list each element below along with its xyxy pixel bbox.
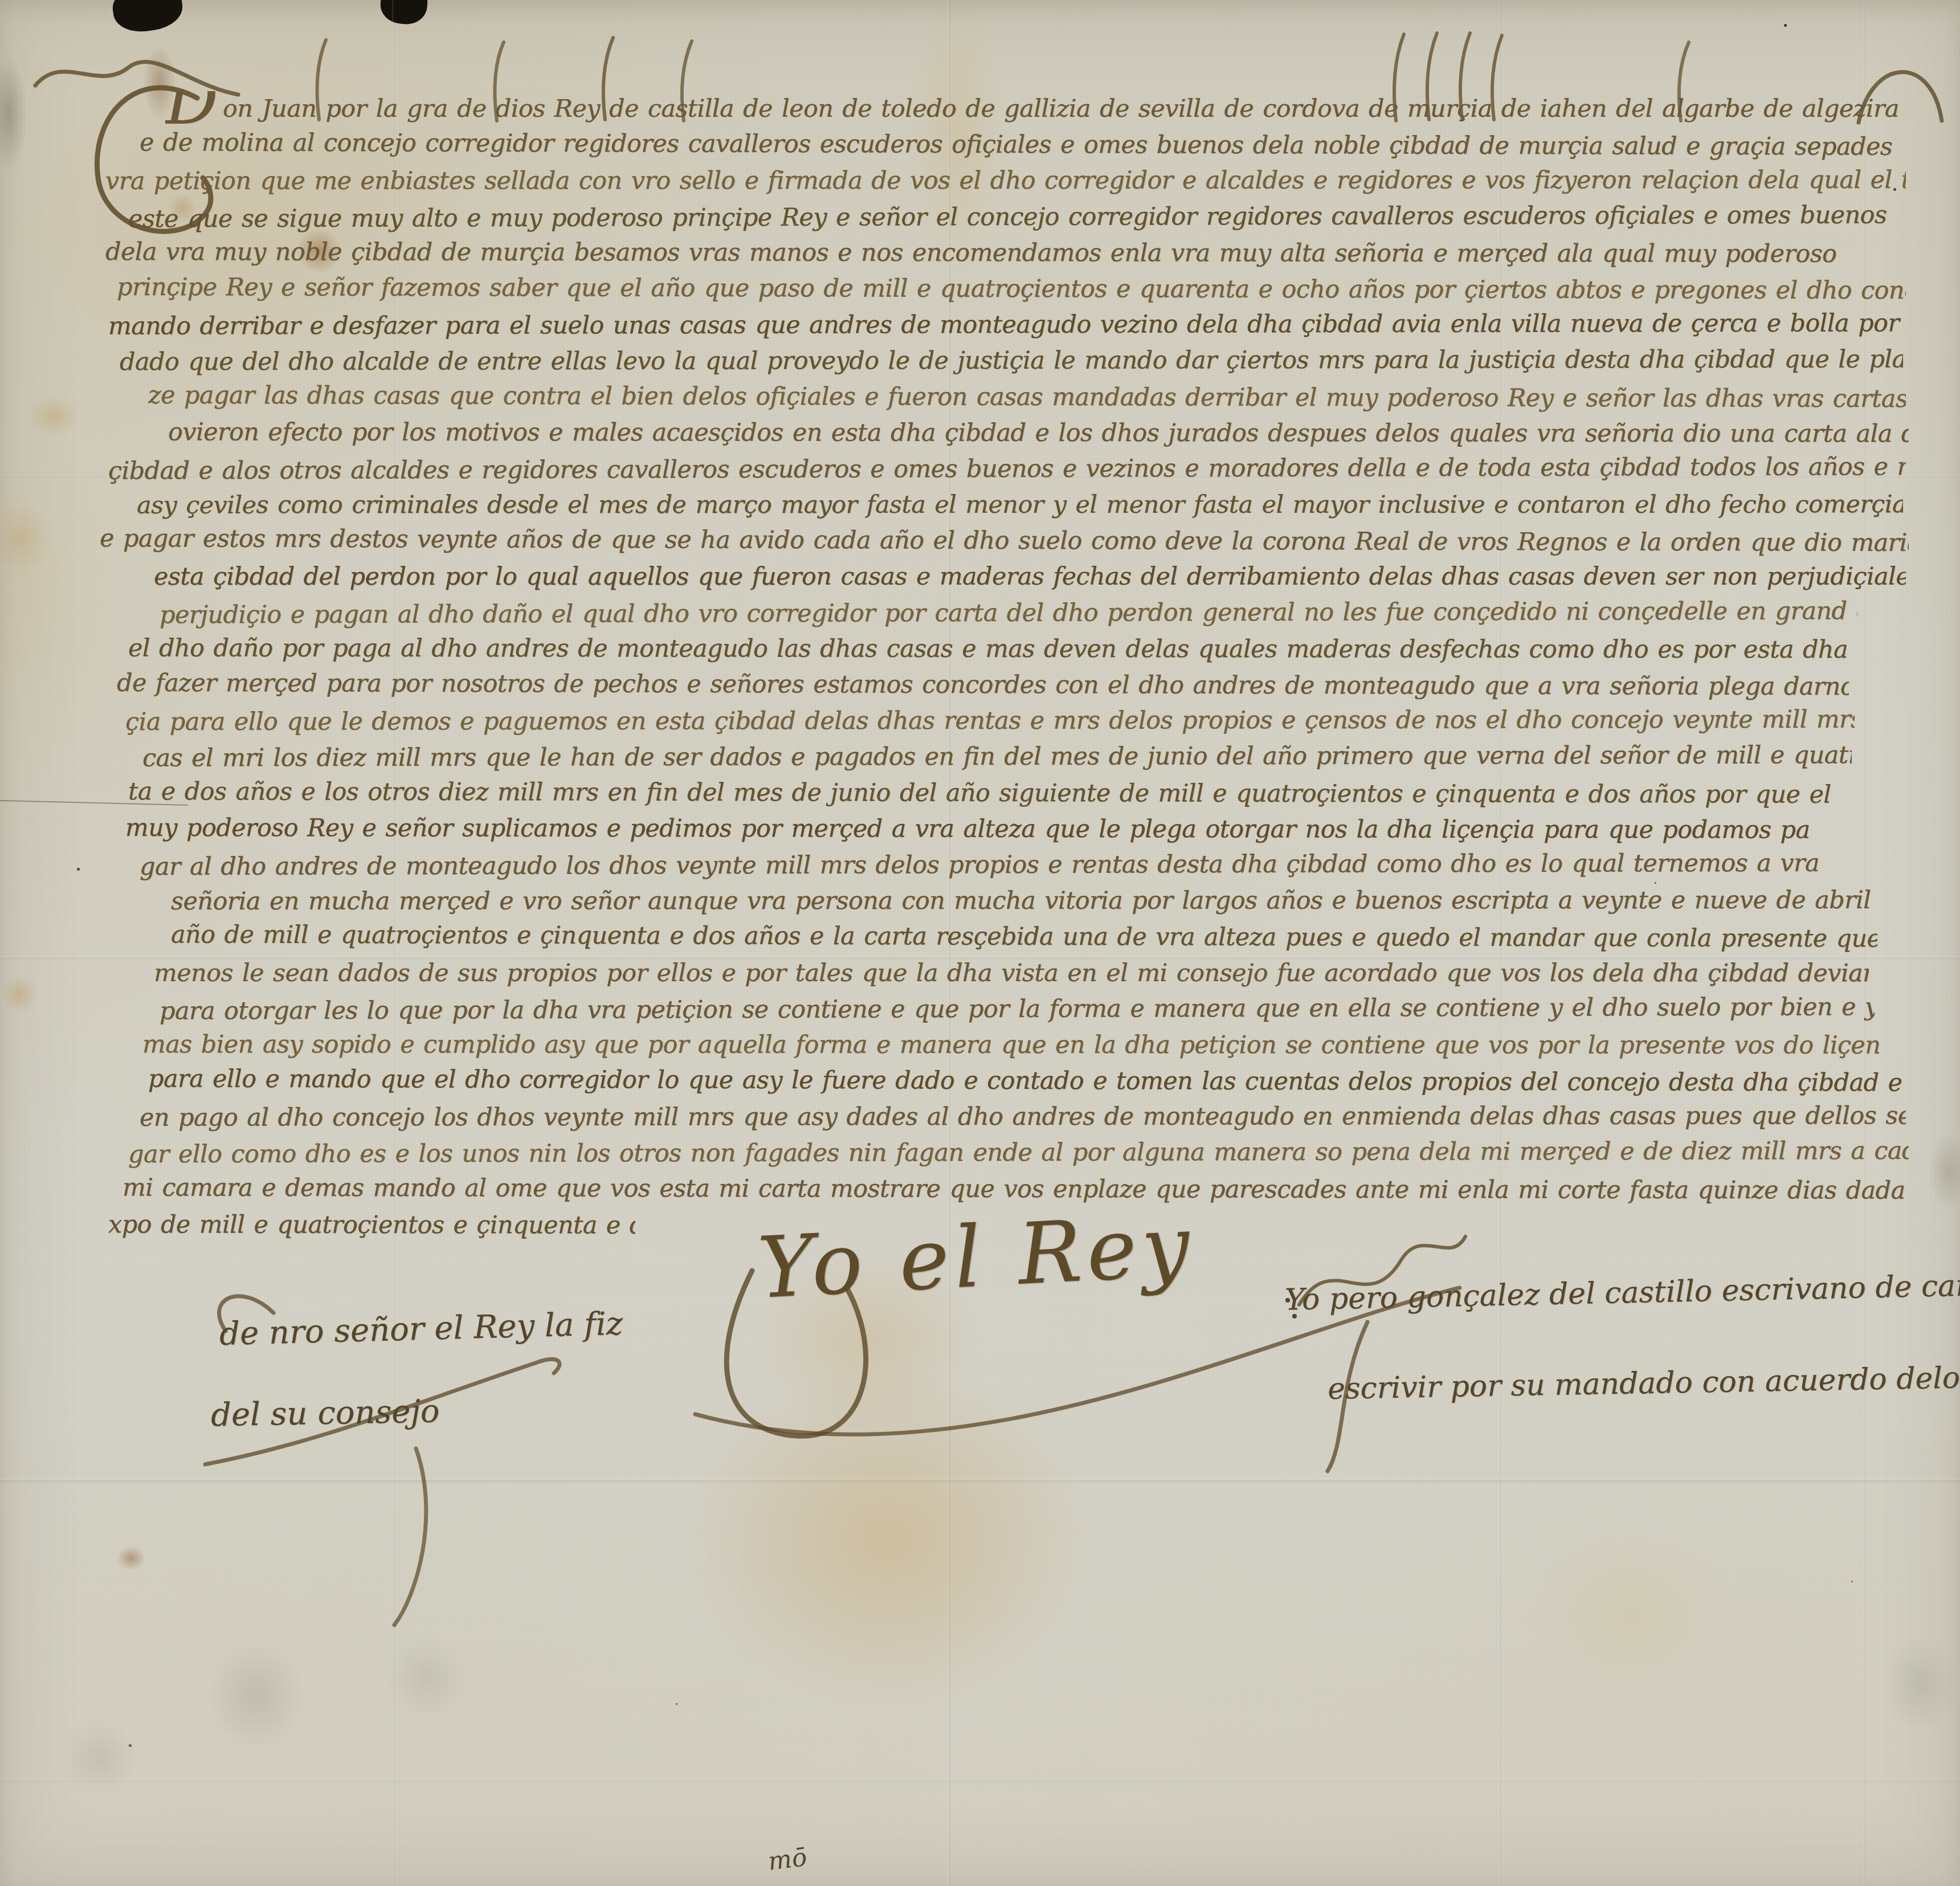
text-line: este que se sigue muy alto e muy poderos… xyxy=(128,197,1897,237)
text-line: en pago al dho concejo los dhos veynte m… xyxy=(140,1099,1906,1137)
letter-body: Don Juan por la gra de dios Rey de casti… xyxy=(74,91,1912,1243)
text-line: dado que del dho alcalde de entre ellas … xyxy=(120,342,1903,381)
drop-cap-initial: D xyxy=(165,91,218,127)
text-line: e de molina al concejo corregidor regido… xyxy=(140,125,1903,165)
text-line: e pagar estos mrs destos veynte años de … xyxy=(100,521,1909,561)
manuscript-photo: Don Juan por la gra de dios Rey de casti… xyxy=(0,0,1960,1886)
text-line: prinçipe Rey e señor fazemos saber que e… xyxy=(117,270,1906,309)
ink-flecks xyxy=(0,0,3,3)
text-line: Don Juan por la gra de dios Rey de casti… xyxy=(165,91,1909,127)
text-line: cas el mri los diez mill mrs que le han … xyxy=(142,738,1852,777)
text-line: perjudiçio e pagan al dho daño el qual d… xyxy=(160,593,1857,633)
text-line: ze pagar las dhas casas que contra el bi… xyxy=(148,377,1906,417)
text-line: para otorgar les lo que por la dha vra p… xyxy=(160,989,1875,1029)
text-line: el dho daño por paga al dho andres de mo… xyxy=(128,630,1852,668)
text-line: dela vra muy noble çibdad de murçia besa… xyxy=(105,234,1900,272)
secretary-note-left-line2: del su consejo xyxy=(210,1393,439,1434)
text-line: menos le sean dados de sus propios por e… xyxy=(154,955,1869,991)
text-line: ovieron efecto por los motivos e males a… xyxy=(168,414,1909,452)
text-line: asy çeviles como criminales desde el mes… xyxy=(137,487,1903,523)
text-line: mi camara e demas mando al ome que vos e… xyxy=(122,1170,1906,1209)
text-line: gar ello como dho es e los unos nin los … xyxy=(128,1133,1909,1173)
registry-mark: mō xyxy=(766,1843,808,1876)
text-line: gar al dho andres de monteagudo los dhos… xyxy=(140,846,1872,885)
text-line: mando derribar e desfazer para el suelo … xyxy=(108,305,1909,345)
text-line: vra petiçion que me enbiastes sellada co… xyxy=(105,162,1906,199)
text-line: çia para ello que le demos e paguemos en… xyxy=(125,702,1855,741)
text-line: esta çibdad del perdon por lo qual aquel… xyxy=(154,559,1906,595)
text-line: señoria en mucha merçed e vro señor aunq… xyxy=(171,883,1875,920)
text-line: para ello e mando que el dho corregidor … xyxy=(148,1062,1903,1101)
text-line: çibdad e alos otros alcaldes e regidores… xyxy=(108,449,1906,489)
text-line: xpo de mill e quatroçientos e çinquenta … xyxy=(108,1207,635,1244)
text-line: año de mill e quatroçientos e çinquenta … xyxy=(171,917,1877,957)
text-line: de fazer merçed para por nosotros de pec… xyxy=(117,666,1849,705)
text-line: muy poderoso Rey e señor suplicamos e pe… xyxy=(125,810,1880,848)
text-line: mas bien asy sopido e cumplido asy que p… xyxy=(142,1027,1880,1064)
text-line: ta e dos años e los otros diez mill mrs … xyxy=(128,774,1849,813)
